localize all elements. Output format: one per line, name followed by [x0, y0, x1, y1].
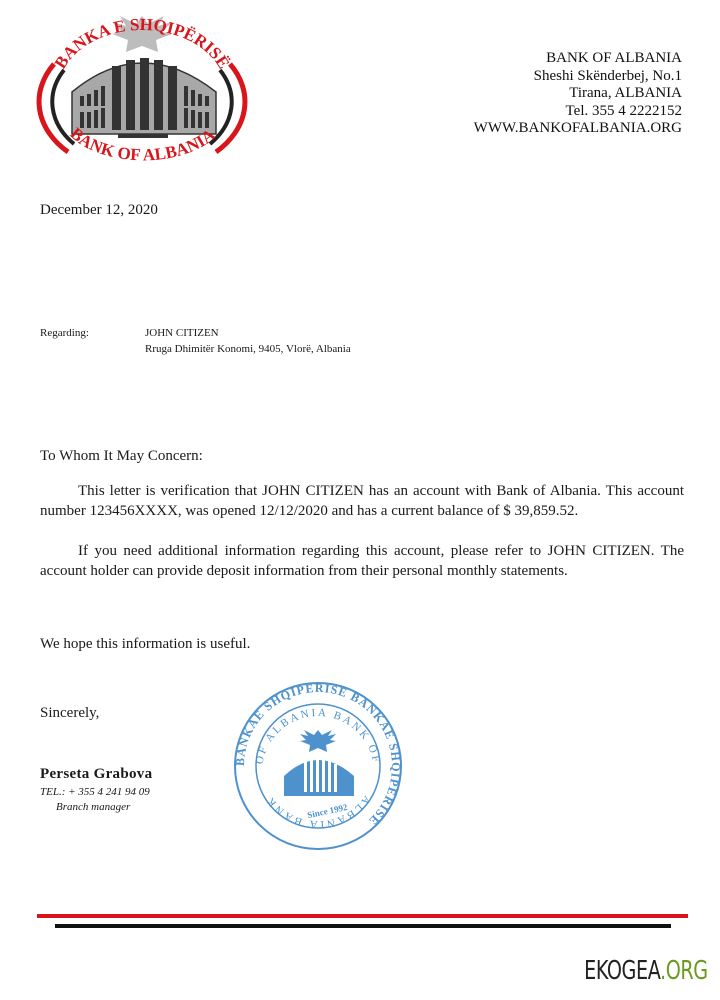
building-icon	[284, 757, 354, 796]
footer-rule-black	[55, 924, 671, 928]
signer-title: Branch manager	[56, 801, 130, 813]
closing-line: We hope this information is useful.	[40, 636, 250, 653]
footer-rule-red	[37, 914, 688, 918]
body-paragraph: If you need additional information regar…	[40, 541, 684, 581]
letter-date: December 12, 2020	[40, 202, 158, 219]
watermark-text-tld: .ORG	[660, 956, 708, 986]
bank-phone: Tel. 355 4 2222152	[474, 103, 682, 121]
watermark-logo: EKOGEA.ORG	[584, 956, 708, 986]
signer-phone: TEL.: + 355 4 241 94 09	[40, 786, 150, 798]
body-paragraph: This letter is verification that JOHN CI…	[40, 481, 684, 521]
building-icon	[72, 58, 216, 138]
bank-address-block: BANK OF ALBANIA Sheshi Skënderbej, No.1 …	[474, 50, 682, 138]
bank-name: BANK OF ALBANIA	[474, 50, 682, 68]
signer-name: Perseta Grabova	[40, 766, 152, 783]
bank-seal-stamp: BANKAE SHQIPERISE BANKAE SHQIPERISE OF A…	[232, 680, 404, 852]
bank-city: Tirana, ALBANIA	[474, 85, 682, 103]
regarding-name: JOHN CITIZEN	[145, 327, 219, 339]
sign-off: Sincerely,	[40, 705, 99, 722]
regarding-address: Rruga Dhimitër Konomi, 9405, Vlorë, Alba…	[145, 343, 351, 355]
eagle-emblem-icon	[300, 730, 336, 752]
paragraph-text: If you need additional information regar…	[40, 543, 684, 579]
paragraph-text: This letter is verification that JOHN CI…	[40, 483, 684, 519]
watermark-text-main: EKOGEA	[584, 956, 660, 986]
bank-logo: BANKA E SHQIPËRISË BANK OF ALBANIA	[28, 4, 256, 172]
bank-website: WWW.BANKOFALBANIA.ORG	[474, 120, 682, 138]
salutation: To Whom It May Concern:	[40, 448, 203, 465]
regarding-label: Regarding:	[40, 327, 89, 339]
bank-street: Sheshi Skënderbej, No.1	[474, 68, 682, 86]
